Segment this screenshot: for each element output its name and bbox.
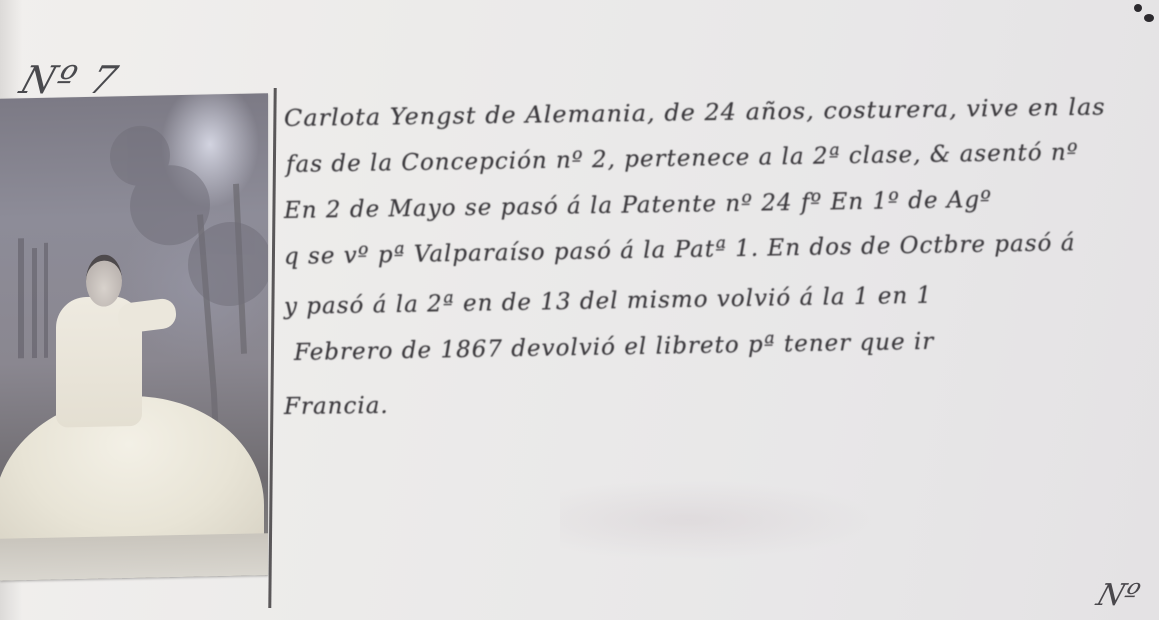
entry-line: Francia. bbox=[284, 375, 1159, 430]
photo-floor bbox=[0, 533, 268, 581]
next-entry-number: Nº bbox=[1092, 578, 1144, 613]
faded-stain bbox=[560, 480, 880, 560]
entry-text: Carlota Yengst de Alemania, de 24 años, … bbox=[284, 96, 1159, 430]
ink-blot-icon bbox=[1132, 2, 1156, 26]
portrait-photograph bbox=[0, 93, 268, 581]
margin-rule bbox=[268, 88, 276, 608]
entry-number: Nº 7 bbox=[15, 58, 125, 102]
